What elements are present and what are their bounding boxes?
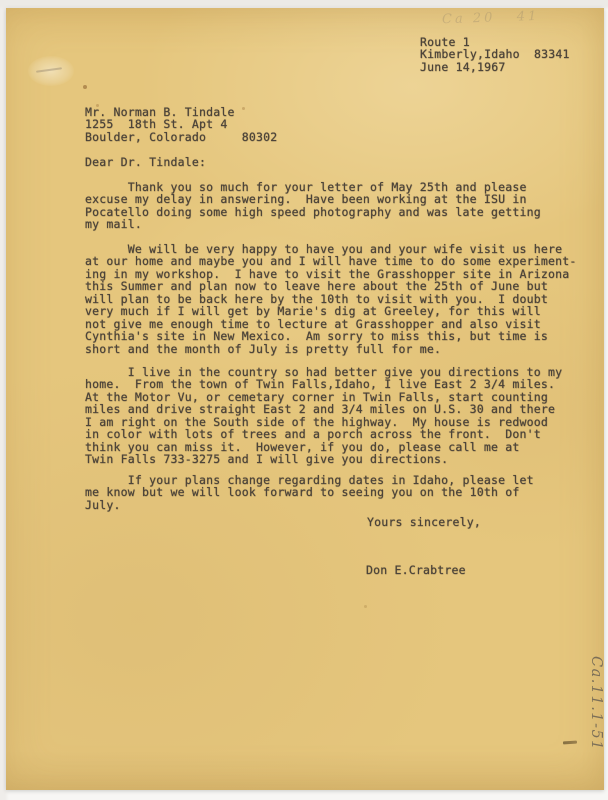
recipient-address-block: Mr. Norman B. Tindale 1255 18th St. Apt … [85, 106, 277, 143]
closing-line: Yours sincerely, [367, 516, 481, 528]
paper-abrasion-patch [28, 56, 74, 86]
body-paragraph-4: If your plans change regarding dates in … [85, 474, 534, 511]
sender-address-block: Route 1 Kimberly,Idaho 83341 June 14,196… [420, 36, 570, 73]
body-paragraph-1: Thank you so much for your letter of May… [85, 181, 541, 231]
salutation-line: Dear Dr. Tindale: [85, 156, 206, 168]
body-paragraph-3: I live in the country so had better give… [85, 366, 562, 466]
paper-speck [364, 605, 367, 608]
paper-speck [83, 85, 87, 89]
signature-name: Don E.Crabtree [366, 564, 466, 576]
pencil-catalog-number-side: Ca.11.1-51 [588, 656, 604, 752]
paper-crease-mark [36, 67, 62, 73]
body-paragraph-2: We will be very happy to have you and yo… [85, 243, 577, 355]
